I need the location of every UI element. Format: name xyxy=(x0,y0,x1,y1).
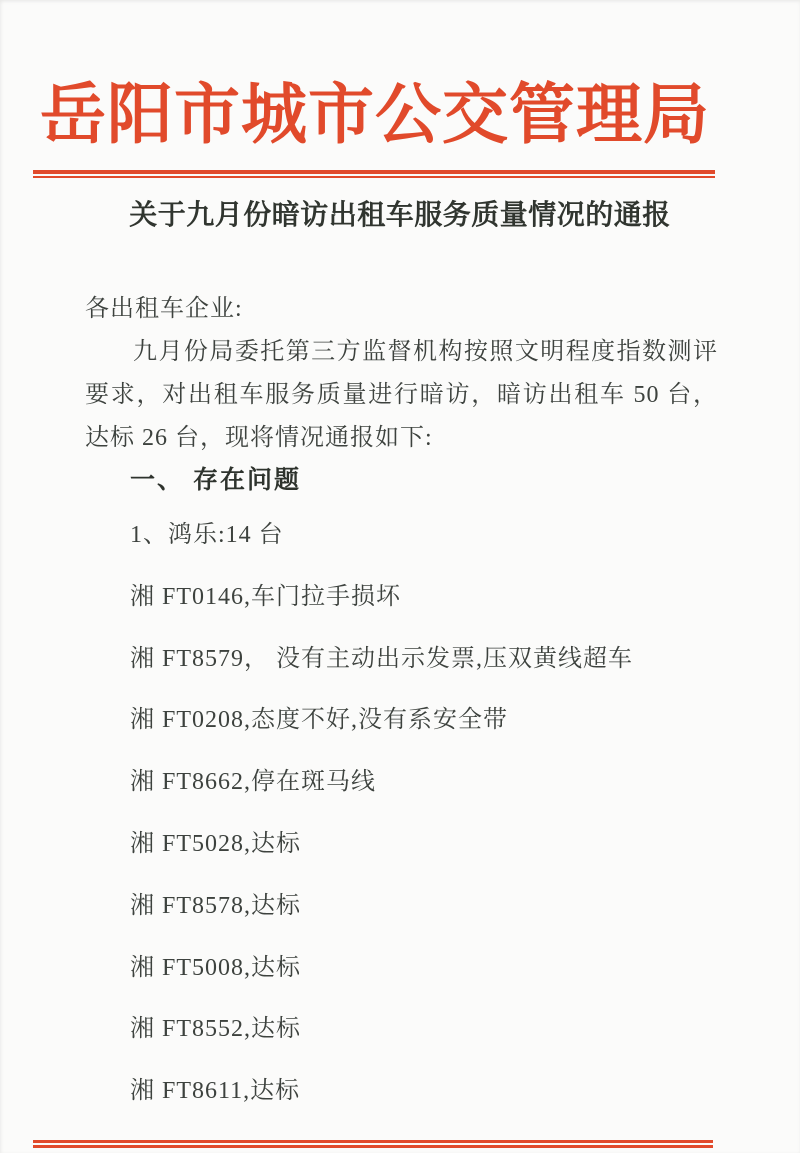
section-heading: 一、 存在问题 xyxy=(85,460,718,500)
inspection-list: 1、鸿乐:14 台 湘 FT0146,车门拉手损坏 湘 FT8579， 没有主动… xyxy=(85,505,718,1123)
list-item: 1、鸿乐:14 台 xyxy=(85,505,718,567)
list-item: 湘 FT8579， 没有主动出示发票,压双黄线超车 xyxy=(85,629,718,691)
document-body: 各出租车企业: 九月份局委托第三方监督机构按照文明程度指数测评要求，对出租车服务… xyxy=(85,288,718,1123)
document-title: 岳阳市城市公交管理局 xyxy=(33,70,717,162)
list-item: 湘 FT8662,停在斑马线 xyxy=(85,752,718,814)
list-item: 湘 FT8578,达标 xyxy=(85,876,718,938)
footer-divider xyxy=(33,1140,713,1148)
header-divider xyxy=(33,170,715,178)
document-page: 岳阳市城市公交管理局 关于九月份暗访出租车服务质量情况的通报 各出租车企业: 九… xyxy=(0,0,800,1153)
list-item: 湘 FT0146,车门拉手损坏 xyxy=(85,567,718,629)
divider-thin-line xyxy=(33,176,715,178)
list-item: 湘 FT8611,达标 xyxy=(85,1061,718,1123)
list-item: 湘 FT0208,态度不好,没有系安全带 xyxy=(85,690,718,752)
list-item: 湘 FT8552,达标 xyxy=(85,999,718,1061)
intro-paragraph: 九月份局委托第三方监督机构按照文明程度指数测评要求，对出租车服务质量进行暗访，暗… xyxy=(85,331,718,460)
divider-thin-line xyxy=(33,1145,713,1148)
list-item: 湘 FT5028,达标 xyxy=(85,814,718,876)
list-item: 湘 FT5008,达标 xyxy=(85,938,718,1000)
document-subtitle: 关于九月份暗访出租车服务质量情况的通报 xyxy=(0,193,800,233)
salutation: 各出租车企业: xyxy=(85,288,718,331)
